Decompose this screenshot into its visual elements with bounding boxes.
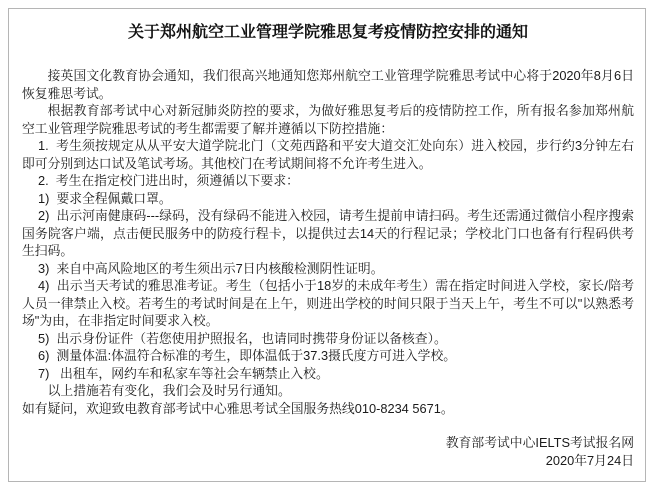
intro-paragraph-2: 根据教育部考试中心对新冠肺炎防控的要求，为做好雅思复考后的疫情防控工作，所有报名… [22,102,634,137]
measure-item-1: 1. 考生须按规定从从平安大道学院北门（文苑西路和平安大道交汇处向东）进入校园，… [22,137,634,172]
notice-content: 关于郑州航空工业管理学院雅思复考疫情防控安排的通知 接英国文化教育协会通知，我们… [9,9,645,469]
notice-title: 关于郑州航空工业管理学院雅思复考疫情防控安排的通知 [22,23,634,43]
requirement-item-4: 4) 出示当天考试的雅思准考证。考生（包括小于18岁的未成年考生）需在指定时间进… [22,277,634,330]
requirement-item-7: 7) 出租车，网约车和私家车等社会车辆禁止入校。 [22,365,634,383]
requirement-item-2: 2) 出示河南健康码---绿码，没有绿码不能进入校园，请考生提前申请扫码。考生还… [22,207,634,260]
notice-page: 关于郑州航空工业管理学院雅思复考疫情防控安排的通知 接英国文化教育协会通知，我们… [8,8,646,482]
closing-paragraph-1: 以上措施若有变化，我们会及时另行通知。 [22,382,634,400]
signature-org: 教育部考试中心IELTS考试报名网 [22,434,634,452]
requirement-item-5: 5) 出示身份证件（若您使用护照报名，也请同时携带身份证以备核查）。 [22,330,634,348]
measure-item-2: 2. 考生在指定校门进出时，须遵循以下要求： [22,172,634,190]
requirement-item-1: 1) 要求全程佩戴口罩。 [22,190,634,208]
requirement-item-6: 6) 测量体温:体温符合标准的考生，即体温低于37.3摄氏度方可进入学校。 [22,347,634,365]
requirement-item-3: 3) 来自中高风险地区的考生须出示7日内核酸检测阴性证明。 [22,260,634,278]
notice-body: 接英国文化教育协会通知，我们很高兴地通知您郑州航空工业管理学院雅思考试中心将于2… [22,67,634,417]
signature-date: 2020年7月24日 [22,452,634,470]
signature-block: 教育部考试中心IELTS考试报名网 2020年7月24日 [22,434,634,469]
closing-paragraph-2: 如有疑问，欢迎致电教育部考试中心雅思考试全国服务热线010-8234 5671。 [22,400,634,418]
intro-paragraph-1: 接英国文化教育协会通知，我们很高兴地通知您郑州航空工业管理学院雅思考试中心将于2… [22,67,634,102]
